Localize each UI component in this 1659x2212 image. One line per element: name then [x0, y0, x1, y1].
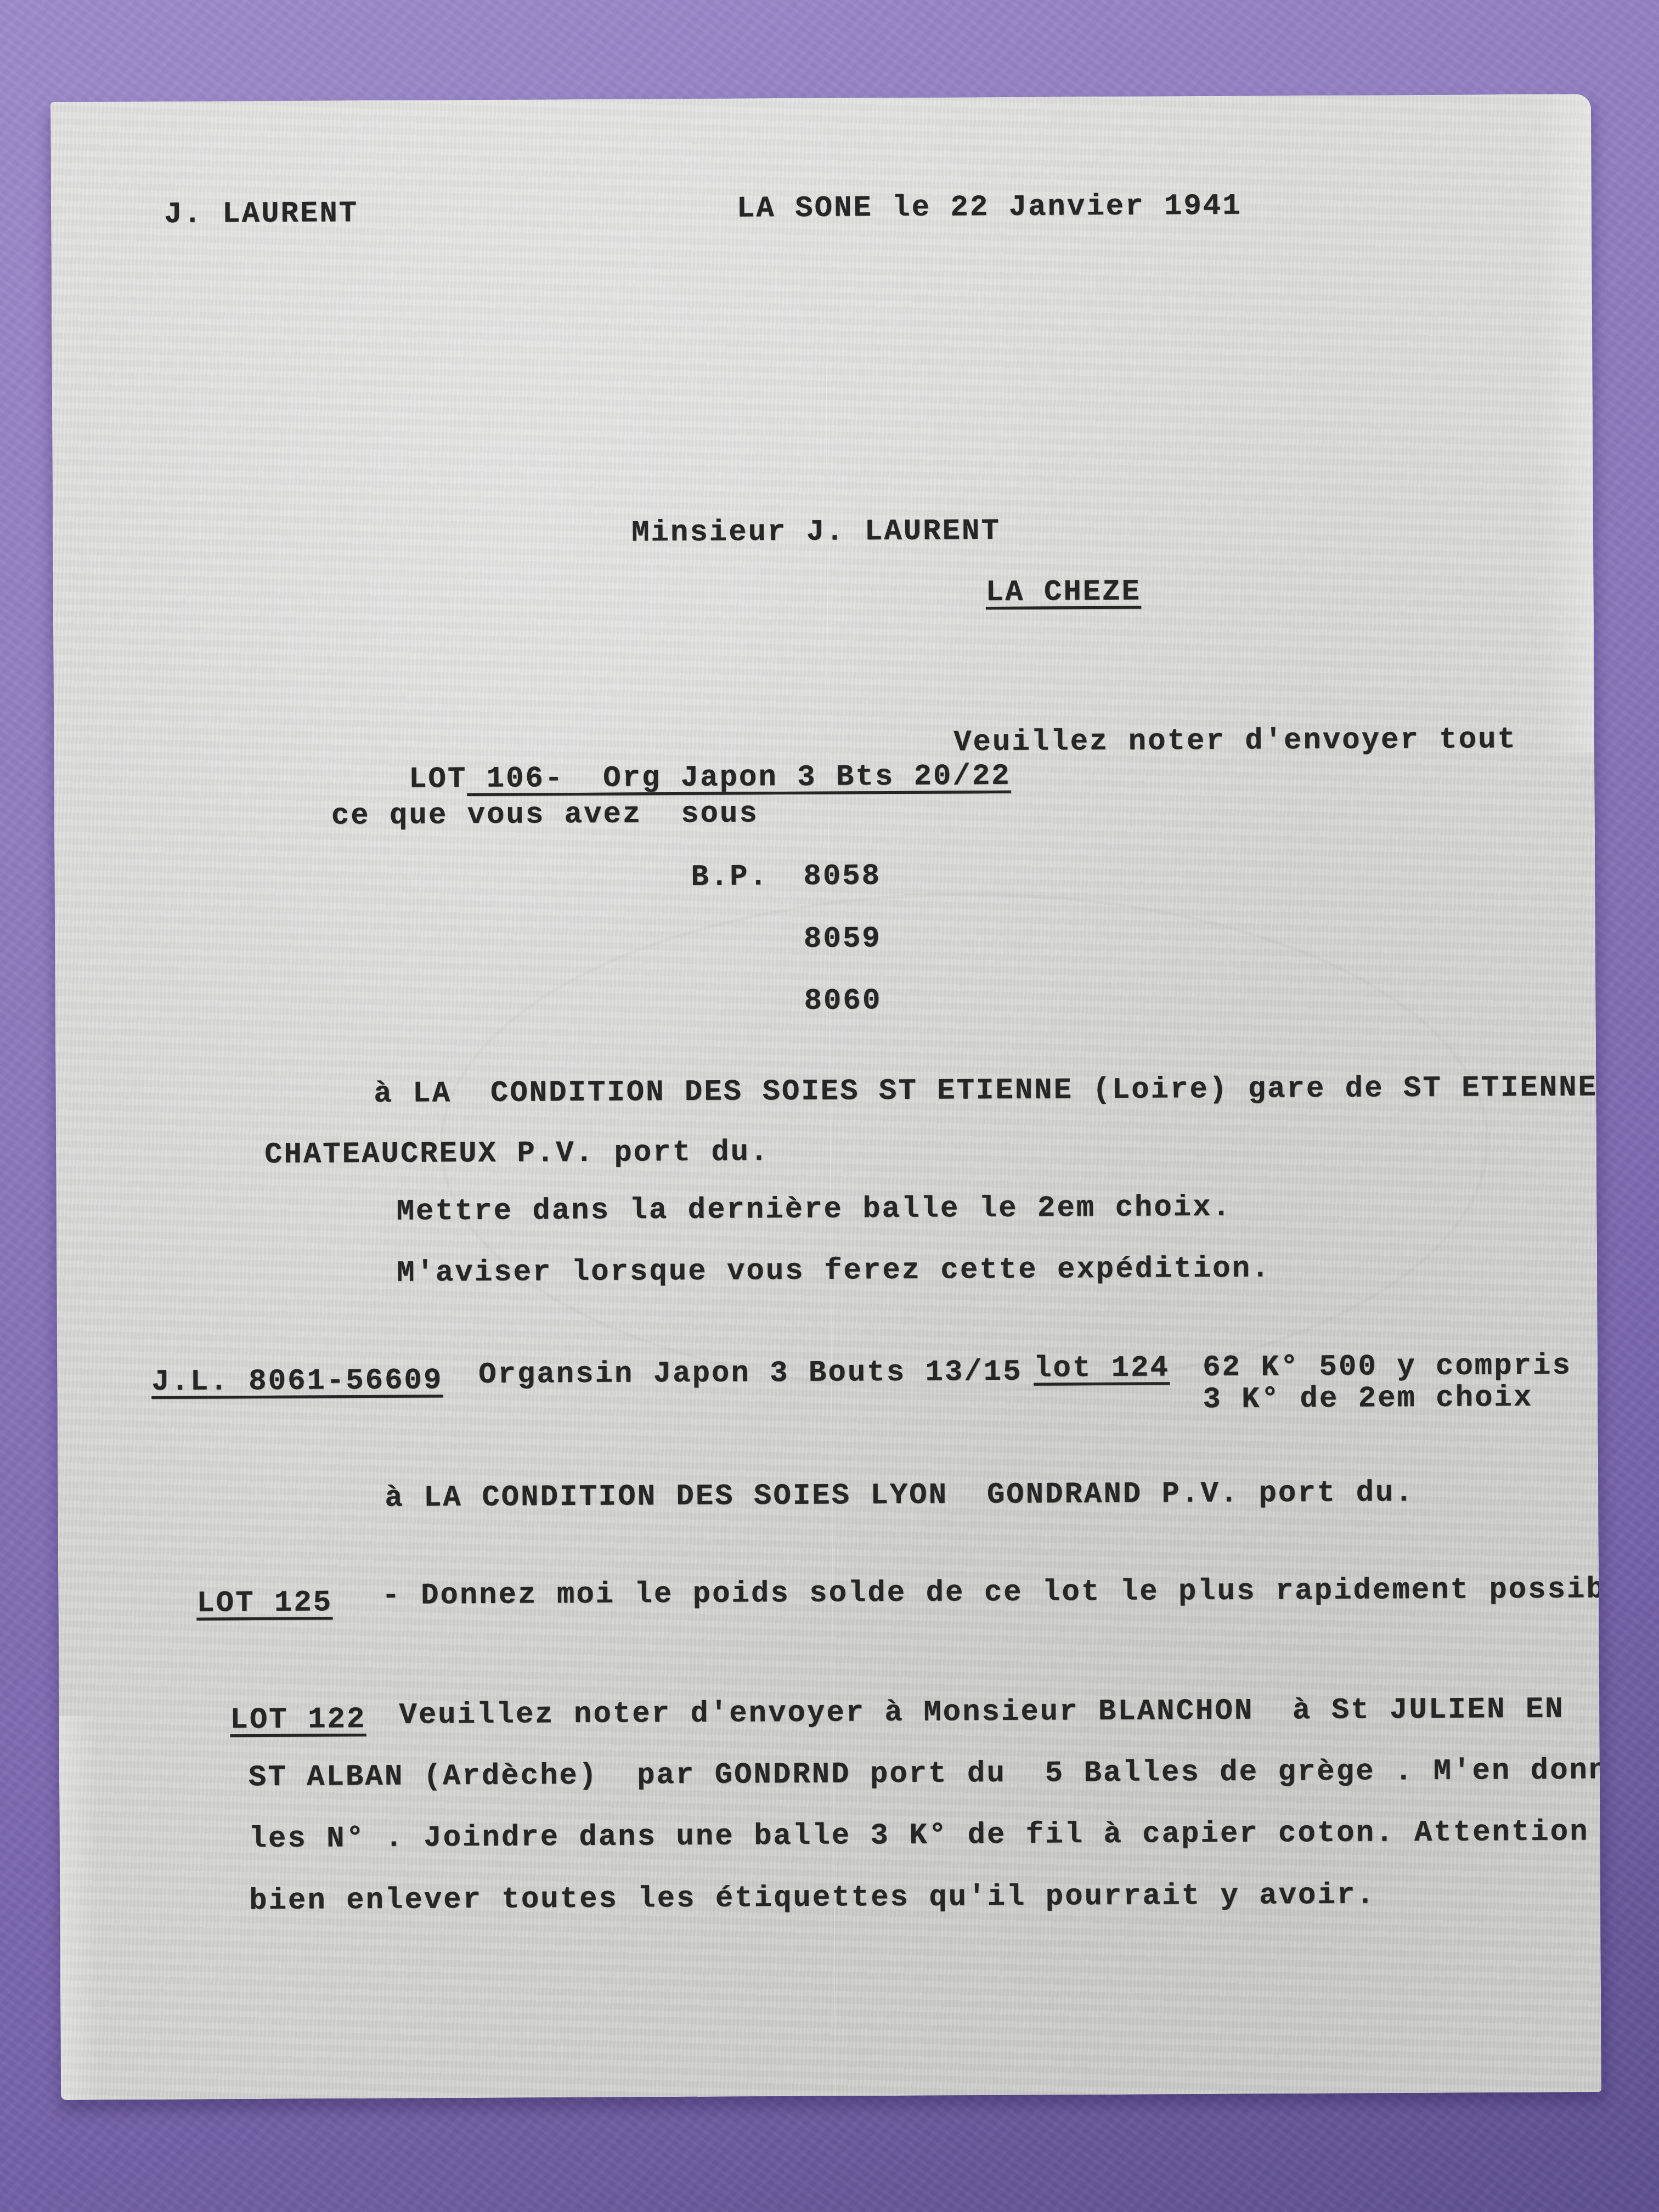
recipient-name: Minsieur J. LAURENT: [631, 517, 1001, 549]
lot-122-line-1: Veuillez noter d'envoyer à Monsieur BLAN…: [399, 1695, 1565, 1731]
lot-106-destination-line-1: à LA CONDITION DES SOIES ST ETIENNE (Loi…: [374, 1073, 1598, 1109]
lot-106-text-line-1: Veuillez noter d'envoyer tout: [953, 725, 1517, 758]
lot-122-label: LOT 122: [230, 1705, 366, 1735]
jl-destination: à LA CONDITION DES SOIES LYON GONDRAND P…: [385, 1479, 1414, 1514]
bp-number-1: 8058: [803, 862, 881, 892]
bp-number-2: 8059: [804, 924, 882, 955]
paper-fold-corner-bottom-left: [59, 1716, 99, 2100]
lot-125-text: - Donnez moi le poids solde de ce lot le…: [382, 1575, 1601, 1611]
recipient-city: LA CHEZE: [986, 578, 1142, 608]
lot-122-line-2: ST ALBAN (Ardèche) par GONDRND port du 5…: [249, 1756, 1601, 1793]
sender-name: J. LAURENT: [164, 199, 358, 230]
lot-122-line-4: bien enlever toutes les étiquettes qu'il…: [249, 1881, 1376, 1916]
jl-reference: J.L. 8061-56609: [151, 1366, 443, 1397]
lot-106-destination-line-2: CHATEAUCREUX P.V. port du.: [264, 1138, 770, 1170]
jl-description: Organsin Japon 3 Bouts 13/15: [478, 1358, 1023, 1390]
lot-label: LOT: [409, 763, 467, 797]
bp-number-3: 8060: [804, 986, 882, 1017]
lot-106-underlined-spec: 106- Org Japon 3 Bts 20/22: [467, 760, 1011, 796]
jl-weight-line-2: 3 K° de 2em choix: [1203, 1384, 1533, 1415]
lot-106-instruction-2: M'aviser lorsque vous ferez cette expédi…: [397, 1254, 1271, 1288]
place-and-date: LA SONE le 22 Janvier 1941: [737, 192, 1242, 224]
paper-fold-corner-top-right: [1539, 94, 1594, 752]
jl-weight-line-1: 62 K° 500 y compris: [1203, 1352, 1572, 1384]
lot-106-instruction-1: Mettre dans la dernière balle le 2em cho…: [396, 1193, 1232, 1227]
jl-lot-number: lot 124: [1034, 1353, 1170, 1384]
lot-106-text-line-2: ce que vous avez sous: [331, 799, 759, 831]
bp-label: B.P.: [691, 862, 769, 893]
typewritten-letter: J. LAURENT LA SONE le 22 Janvier 1941 Mi…: [50, 94, 1601, 2100]
lot-125-label: LOT 125: [196, 1588, 332, 1618]
lot-122-line-3: les N° . Joindre dans une balle 3 K° de …: [249, 1818, 1589, 1854]
